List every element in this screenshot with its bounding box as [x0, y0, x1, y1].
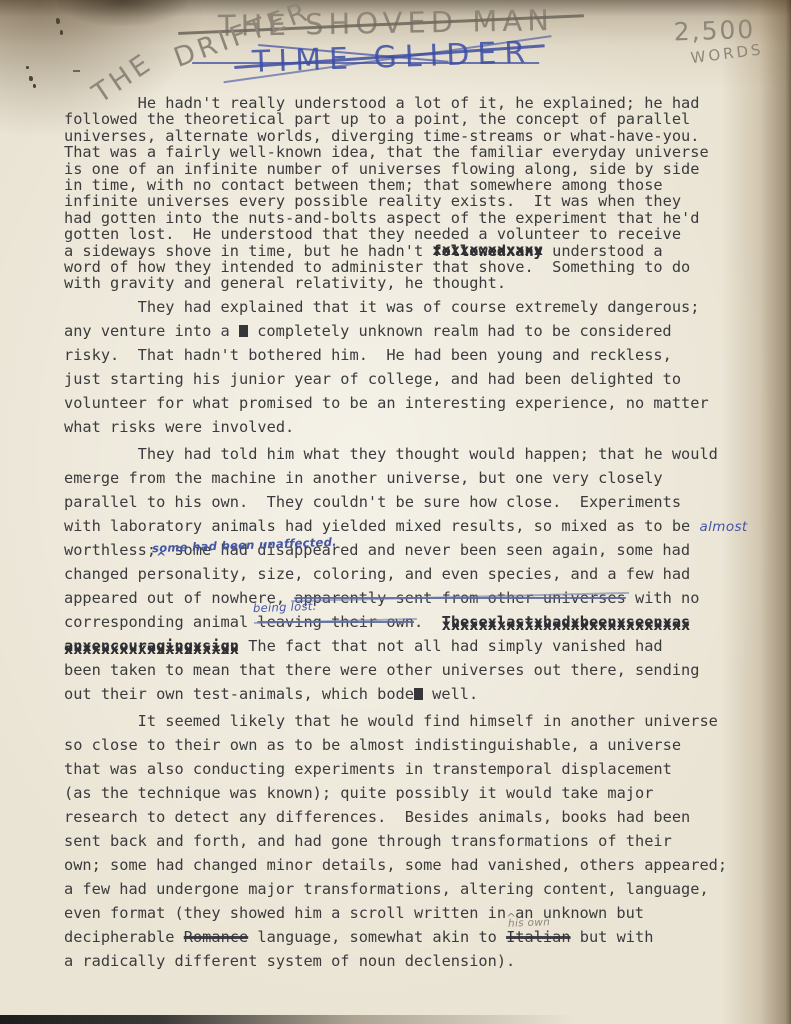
typed-text: universes, alternate worlds, diverging t…: [64, 127, 699, 145]
typescript-line: changed personality, size, coloring, and…: [64, 562, 748, 586]
typescript-line: They had told him what they thought woul…: [64, 442, 748, 466]
xout-overlay: xxxxxxxxxxxxxxxxxxxxxxxxxxx: [442, 613, 691, 637]
typed-text: but with: [571, 928, 654, 946]
typescript-line: emerge from the machine in another unive…: [64, 466, 748, 490]
typed-xout: followedxanyxxxxxxxxxxxx: [432, 242, 543, 260]
struck-text: Romance: [184, 928, 248, 946]
typed-text: He hadn't really understood a lot of it,…: [64, 94, 699, 112]
typescript-line: in time, with no contact between them; t…: [64, 177, 748, 193]
typescript-line: They had explained that it was of course…: [64, 295, 748, 319]
typescript-line: gotten lost. He understood that they nee…: [64, 226, 748, 242]
typescript-line: (as the technique was known); quite poss…: [64, 781, 748, 805]
struck-text: Italianhis own: [506, 928, 570, 946]
typed-text: research to detect any differences. Besi…: [64, 808, 690, 826]
handwritten-insert: being lost.: [253, 594, 317, 620]
typescript-line: just starting his junior year of college…: [64, 367, 748, 391]
typed-text: just starting his junior year of college…: [64, 370, 681, 388]
overstruck-blob: [239, 325, 248, 337]
typed-text: in time, with no contact between them; t…: [64, 176, 663, 194]
typescript-line: volunteer for what promised to be an int…: [64, 391, 748, 415]
typed-text: worthless;: [64, 541, 156, 559]
typescript-line: had gotten into the nuts-and-bolts aspec…: [64, 210, 748, 226]
typescript-line: any venture into a completely unknown re…: [64, 319, 748, 343]
typescript-line: out their own test-animals, which bode w…: [64, 682, 748, 706]
manuscript-page: THE SHOVED MAN TIME GLIDER THE DRIFTER 2…: [0, 0, 791, 1024]
typescript-line: universes, alternate worlds, diverging t…: [64, 128, 748, 144]
typed-text: with no: [626, 589, 700, 607]
word-count-note: 2,500 WORDS: [673, 14, 764, 64]
typed-text: completely unknown realm had to be consi…: [248, 322, 672, 340]
typed-text: volunteer for what promised to be an int…: [64, 394, 709, 412]
typescript-line: even format (they showed him a scroll wr…: [64, 901, 748, 925]
typed-text: parallel to his own. They couldn't be su…: [64, 493, 681, 511]
typescript-line: parallel to his own. They couldn't be su…: [64, 490, 748, 514]
typescript-line: so close to their own as to be almost in…: [64, 733, 748, 757]
typescript-line: with laboratory animals had yielded mixe…: [64, 514, 748, 538]
typed-text: a few had undergone major transformation…: [64, 880, 709, 898]
typed-text: understood a: [543, 242, 663, 260]
typed-text: They had told him what they thought woul…: [64, 445, 718, 463]
scan-strip-bottom: [0, 1015, 640, 1024]
typescript-line: He hadn't really understood a lot of it,…: [64, 95, 748, 111]
typescript-body: He hadn't really understood a lot of it,…: [64, 95, 748, 973]
typed-text: out their own test-animals, which bode: [64, 685, 414, 703]
typed-xout: anxencouragingxsignxxxxxxxxxxxxxxxxxxx: [64, 637, 239, 655]
typescript-line: word of how they intended to administer …: [64, 259, 748, 275]
typed-text: gotten lost. He understood that they nee…: [64, 225, 681, 243]
typed-text: language, somewhat akin to: [248, 928, 506, 946]
typed-text: It seemed likely that he would find hims…: [64, 712, 718, 730]
typed-text: followed the theoretical part up to a po…: [64, 110, 690, 128]
typescript-line: appeared out of nowhere, apparently sent…: [64, 586, 748, 610]
typescript-line: what risks were involved.: [64, 415, 748, 439]
ink-speck: [26, 66, 29, 69]
handwritten-insert: his own: [508, 910, 551, 935]
xout-overlay: xxxxxxxxxxxxxxxxxxx: [64, 637, 239, 661]
typed-text: That was a fairly well-known idea, that …: [64, 143, 709, 161]
typed-text: emerge from the machine in another unive…: [64, 469, 663, 487]
typed-text: with laboratory animals had yielded mixe…: [64, 517, 699, 535]
typed-text: a radically different system of noun dec…: [64, 952, 515, 970]
typed-text: had gotten into the nuts-and-bolts aspec…: [64, 209, 699, 227]
ink-speck: [60, 30, 63, 35]
typescript-line: a few had undergone major transformation…: [64, 877, 748, 901]
typescript-line: own; some had changed minor details, som…: [64, 853, 748, 877]
typescript-line: followed the theoretical part up to a po…: [64, 111, 748, 127]
typescript-line: a sideways shove in time, but he hadn't …: [64, 243, 748, 259]
pen-struck-text: leaving their ownbeing lost.: [257, 613, 414, 631]
typed-text: word of how they intended to administer …: [64, 258, 690, 276]
ink-speck: [33, 84, 36, 88]
typescript-line: is one of an infinite number of universe…: [64, 161, 748, 177]
typescript-line: corresponding animal leaving their ownbe…: [64, 610, 748, 634]
typescript-line: It seemed likely that he would find hims…: [64, 709, 748, 733]
typed-text: .: [414, 613, 442, 631]
typescript-line: risky. That hadn't bothered him. He had …: [64, 343, 748, 367]
insertion-point: ^some had been unaffected.: [156, 545, 165, 569]
ink-speck: [56, 18, 60, 24]
typed-text: risky. That hadn't bothered him. He had …: [64, 346, 672, 364]
ink-speck: [29, 76, 33, 81]
typescript-line: research to detect any differences. Besi…: [64, 805, 748, 829]
typed-text: even format (they showed him a scroll wr…: [64, 904, 506, 922]
typescript-line: been taken to mean that there were other…: [64, 658, 748, 682]
paragraph: They had told him what they thought woul…: [64, 442, 748, 706]
paragraph: It seemed likely that he would find hims…: [64, 709, 748, 973]
typed-text: decipherable: [64, 928, 184, 946]
typed-text: with gravity and general relativity, he …: [64, 274, 506, 292]
older-title-scribbled-out: TIME GLIDER: [251, 35, 533, 80]
typed-text: so close to their own as to be almost in…: [64, 736, 681, 754]
typescript-line: with gravity and general relativity, he …: [64, 275, 748, 291]
typescript-line: That was a fairly well-known idea, that …: [64, 144, 748, 160]
typescript-line: anxencouragingxsignxxxxxxxxxxxxxxxxxxx T…: [64, 634, 748, 658]
typescript-line: decipherable Romance language, somewhat …: [64, 925, 748, 949]
scan-smudge: [58, 0, 188, 26]
typescript-line: sent back and forth, and had gone throug…: [64, 829, 748, 853]
xout-overlay: xxxxxxxxxxxx: [432, 242, 543, 258]
typescript-line: a radically different system of noun dec…: [64, 949, 748, 973]
typed-text: own; some had changed minor details, som…: [64, 856, 727, 874]
typed-text: They had explained that it was of course…: [64, 298, 699, 316]
handwritten-word: almost: [699, 519, 747, 535]
typescript-line: infinite universes every possible realit…: [64, 193, 748, 209]
typed-text: well.: [423, 685, 478, 703]
typed-text: corresponding animal: [64, 613, 257, 631]
typed-text: a sideways shove in time, but he hadn't: [64, 242, 432, 260]
pencil-dash: [73, 70, 80, 72]
typed-text: that was also conducting experiments in …: [64, 760, 672, 778]
typed-text: infinite universes every possible realit…: [64, 192, 681, 210]
typed-text: is one of an infinite number of universe…: [64, 160, 699, 178]
typed-text: sent back and forth, and had gone throug…: [64, 832, 672, 850]
paragraph: He hadn't really understood a lot of it,…: [64, 95, 748, 292]
typed-text: (as the technique was known); quite poss…: [64, 784, 653, 802]
overstruck-blob: [414, 688, 423, 700]
typescript-line: worthless;^some had been unaffected. som…: [64, 538, 748, 562]
typed-text: any venture into a: [64, 322, 239, 340]
typed-text: been taken to mean that there were other…: [64, 661, 699, 679]
typed-text: what risks were involved.: [64, 418, 294, 436]
typed-text: The fact that not all had simply vanishe…: [239, 637, 663, 655]
typescript-line: that was also conducting experiments in …: [64, 757, 748, 781]
pen-struck-text: apparently sent from other universes: [294, 589, 626, 607]
typed-xout: Thesexlastxhadxbeenxseenxasxxxxxxxxxxxxx…: [442, 613, 691, 631]
paragraph: They had explained that it was of course…: [64, 295, 748, 439]
